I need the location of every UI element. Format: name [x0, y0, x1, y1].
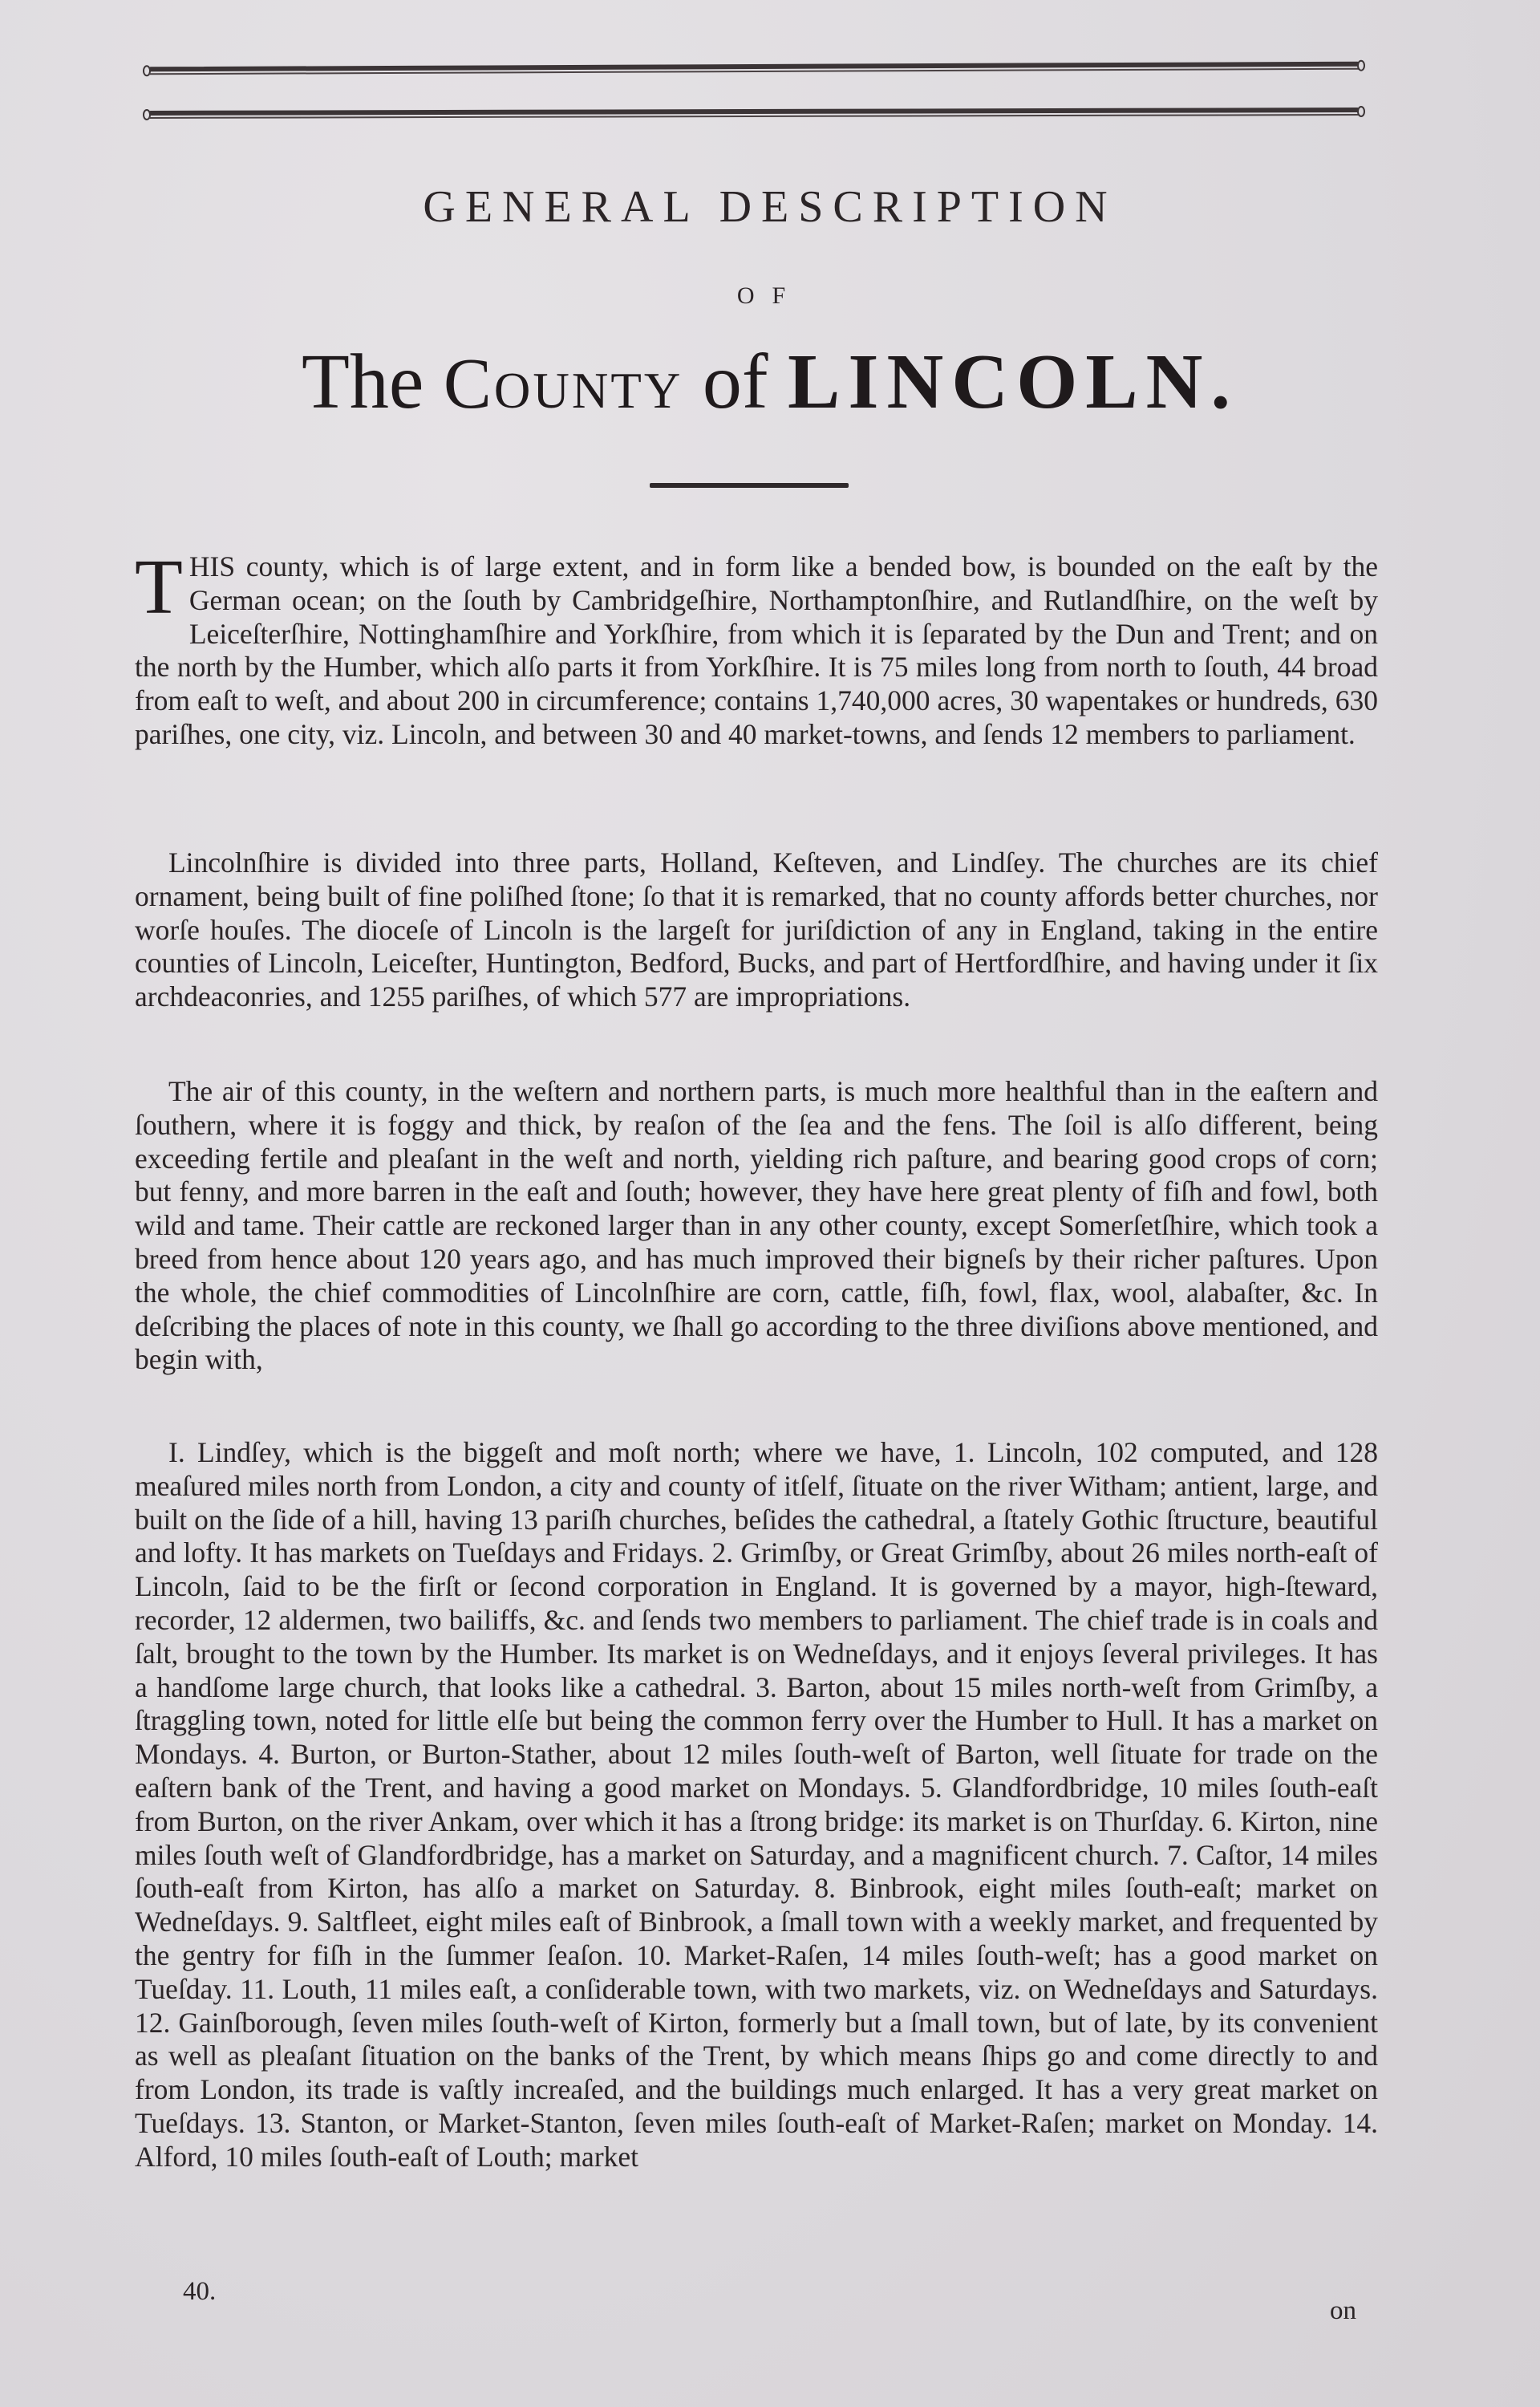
- paragraph-intro: THIS county, which is of large extent, a…: [135, 550, 1378, 752]
- book-page: GENERAL DESCRIPTION OF The County of LIN…: [0, 0, 1540, 2407]
- title-county: County: [444, 344, 683, 424]
- paragraph-lindsey: I. Lindſey, which is the biggeſt and moſ…: [135, 1436, 1378, 2174]
- paragraph-text: HIS county, which is of large extent, an…: [135, 550, 1378, 750]
- title-of: of: [703, 339, 768, 425]
- heading-divider: [650, 483, 849, 488]
- paragraph-divisions: Lincolnſhire is divided into three parts…: [135, 846, 1378, 1014]
- ornamental-rule-second: [143, 106, 1365, 120]
- paragraph-air-and-soil: The air of this county, in the weſtern a…: [135, 1075, 1378, 1377]
- page-number: 40.: [183, 2277, 216, 2307]
- paragraph-text: I. Lindſey, which is the biggeſt and moſ…: [135, 1436, 1378, 2174]
- title-the: The: [302, 339, 423, 425]
- rule-end-ornament-icon: [1357, 60, 1365, 71]
- drop-cap: T: [135, 555, 183, 619]
- heading-general-description: GENERAL DESCRIPTION: [0, 181, 1540, 233]
- heading-of: OF: [0, 282, 1540, 310]
- title-lincoln: LINCOLN.: [788, 339, 1238, 425]
- paragraph-text: Lincolnſhire is divided into three parts…: [135, 846, 1378, 1014]
- page-title: The County of LINCOLN.: [0, 337, 1540, 427]
- paragraph-text: The air of this county, in the weſtern a…: [135, 1075, 1378, 1377]
- rule-end-ornament-icon: [1357, 106, 1365, 117]
- ornamental-rule-top: [143, 60, 1365, 77]
- catchword: on: [1330, 2296, 1356, 2326]
